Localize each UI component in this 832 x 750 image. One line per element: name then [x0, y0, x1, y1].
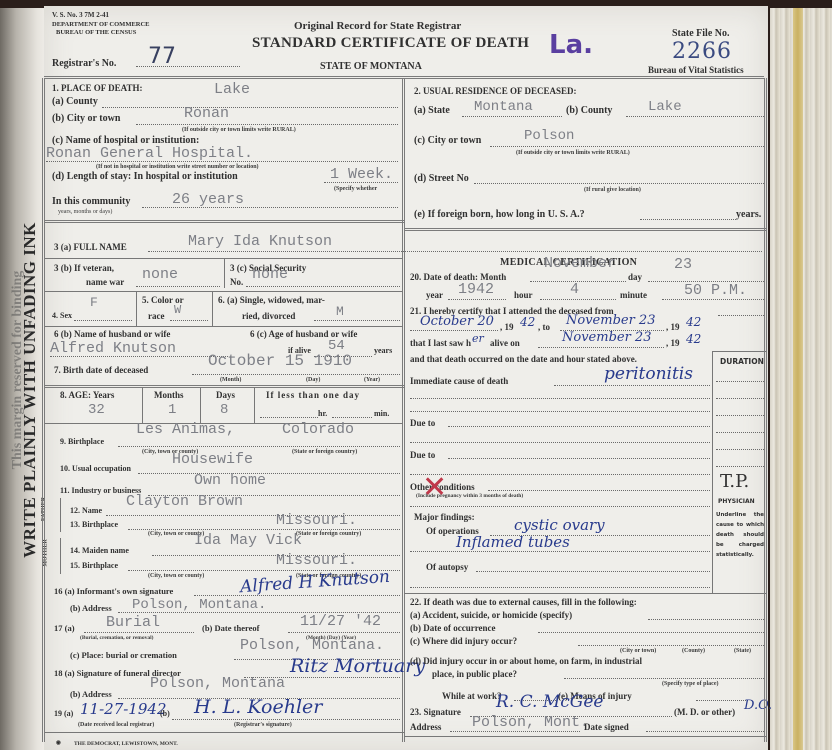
color-label2: race [148, 311, 164, 321]
disposition-label: 17 (a) [54, 623, 75, 633]
disposition-date-label: (b) Date thereof [202, 623, 259, 633]
age-less-label: If less than one day [266, 390, 360, 400]
attended-from-line [410, 330, 498, 331]
informant-signature-label: 16 (a) Informant's own signature [54, 586, 173, 596]
state-name: STATE OF MONTANA [320, 61, 422, 72]
mother-birth-note-city: (City, town or county) [148, 573, 204, 579]
marital-status: M [336, 304, 344, 319]
page-edge-tab [793, 8, 803, 750]
md-label: (M. D. or other) [674, 707, 735, 717]
last-saw-pronoun: er [472, 332, 484, 345]
sex-label: 4. Sex [52, 311, 72, 320]
external-c-label: (c) Where did injury occur? [410, 636, 517, 646]
street-note: (If rural give location) [584, 187, 641, 193]
age-div3 [254, 387, 255, 423]
registrar-signature-line [172, 719, 400, 720]
funeral-address-label: (b) Address [70, 689, 112, 699]
date-signed-label: Date signed [584, 722, 629, 732]
death-minute: 50 P.M. [684, 282, 747, 299]
disposition-place: Polson, Montana. [240, 637, 384, 654]
autopsy-line [476, 571, 710, 572]
external-c-note-city: (City or town) [620, 648, 656, 654]
immediate-cause-label: Immediate cause of death [410, 376, 508, 386]
sex-divider [136, 292, 137, 326]
registrar-no: 77 [148, 44, 176, 69]
duration-line-3 [716, 415, 764, 416]
hospital-line [46, 161, 398, 162]
due-to-2-line [448, 458, 710, 459]
death-day: 23 [674, 256, 692, 273]
date-signed-line [646, 731, 764, 732]
duration-line-2 [716, 398, 764, 399]
residence-city-label: (c) City or town [414, 135, 481, 146]
birthplace-line [118, 446, 400, 447]
cause-line-7 [410, 474, 710, 475]
section2-rule [404, 228, 766, 231]
duration-label: DURATION [720, 357, 764, 366]
department: DEPARTMENT OF COMMERCE [52, 21, 150, 28]
state-file-no: 2266 [672, 39, 732, 64]
color-race: W [174, 303, 181, 317]
father-name: Clayton Brown [126, 493, 243, 510]
cause-line-3 [410, 411, 710, 412]
other-conditions-line [488, 490, 710, 491]
attended-from: October 20 [420, 314, 494, 329]
color-divider [212, 292, 213, 326]
external-d-line [564, 678, 764, 679]
spouse-label: 6 (b) Name of husband or wife [54, 329, 170, 339]
age-years: 32 [88, 402, 105, 418]
residence-state-label: (a) State [414, 105, 450, 116]
death-city-label: (b) City or town [52, 113, 120, 124]
foreign-line [640, 219, 736, 220]
certifier-rule [404, 736, 766, 737]
major-findings-label: Major findings: [414, 512, 475, 522]
residence-county-label: (b) County [566, 105, 612, 116]
birth-date-line [192, 374, 400, 375]
registrar-no-label: Registrar's No. [52, 58, 116, 69]
duration-line-1 [716, 381, 764, 382]
duration-line-5 [716, 449, 764, 450]
death-year-label: year [426, 290, 443, 300]
immediate-cause: peritonitis [604, 364, 693, 384]
last-saw-year: 42 [686, 332, 701, 346]
certifier-signature: R. C. McGee [496, 692, 603, 712]
death-day-label: day [628, 272, 642, 282]
age-div1 [142, 387, 143, 423]
disposition-date-line [288, 632, 400, 633]
sex: F [90, 295, 98, 310]
birthplace-state: Colorado [282, 421, 354, 438]
funeral-director-signature: Ritz Mortuary [290, 655, 425, 677]
sex-line [74, 320, 132, 321]
mother-birthplace: Missouri. [276, 552, 357, 569]
while-at-work-label: While at work? [442, 691, 502, 701]
community-line [142, 207, 398, 208]
attended-from-19: , 19 [500, 322, 514, 332]
unfading-ink-instruction: WRITE PLAINLY WITH UNFADING INK [20, 50, 40, 730]
disposition-method-note: (Burial, cremation, or removal) [80, 635, 153, 641]
attended-to-label: , to [538, 322, 550, 332]
informant-signature-line [194, 595, 400, 596]
veteran-line [136, 286, 220, 287]
last-saw-alive-on: alive on [490, 338, 520, 348]
full-name-label: 3 (a) FULL NAME [54, 242, 127, 252]
printer-imprint: THE DEMOCRAT, LEWISTOWN, MONT. [74, 741, 178, 747]
father-birth-note-state: (State or foreign country) [296, 531, 361, 537]
street-line [474, 183, 764, 184]
age-years-label: 8. AGE: Years [60, 390, 114, 400]
column-divider [402, 78, 405, 742]
attended-from-year: 42 [520, 315, 535, 329]
birth-date-label: 7. Birth date of deceased [54, 365, 148, 375]
age-min-line [332, 417, 372, 418]
informant-address-label: (b) Address [70, 603, 112, 613]
union-label-icon: ◉ [56, 740, 61, 746]
footer-rule [44, 732, 404, 733]
death-city-line [136, 124, 398, 125]
attended-to: November 23 [566, 313, 655, 328]
attended-to-19: , 19 [666, 322, 680, 332]
death-city-note: (If outside city or town limits write RU… [182, 127, 296, 133]
md-value: D.O. [744, 698, 772, 713]
external-d-note: (Specify type of place) [662, 681, 719, 687]
death-certificate-page: V. S. No. 3 7M 2-41 DEPARTMENT OF COMMER… [44, 6, 768, 750]
age-hr-line [260, 417, 318, 418]
community-label: In this community [52, 196, 130, 207]
autopsy-label: Of autopsy [426, 562, 468, 572]
bureau-vital: Bureau of Vital Statistics [648, 65, 744, 75]
age-days-label: Days [216, 390, 235, 400]
full-name-line [148, 251, 762, 252]
left-border [42, 78, 45, 742]
due-to-1-line [448, 426, 710, 427]
last-saw-line [538, 347, 664, 348]
foreign-years: years. [736, 209, 761, 220]
county-stamp: La. [549, 30, 593, 60]
birthplace-label: 9. Birthplace [60, 437, 104, 446]
industry: Own home [194, 472, 266, 489]
death-month: November [544, 255, 616, 272]
certifier-address-label: Address [410, 722, 441, 732]
residence-county: Lake [648, 99, 682, 115]
external-c-note-county: (County) [682, 648, 705, 654]
certify-line [718, 315, 764, 316]
age-hr-label: hr. [318, 409, 327, 418]
death-hour: 4 [570, 281, 579, 298]
external-d-label-2: place, in public place? [432, 669, 517, 679]
operations-finding-2: Inflamed tubes [456, 533, 570, 551]
residence-state: Montana [474, 99, 533, 115]
registrar-signature-note: (Registrar's signature) [234, 722, 292, 728]
disposition-method: Burial [106, 614, 160, 631]
veteran-divider [224, 258, 225, 288]
stay-label: (d) Length of stay: In hospital or insti… [52, 171, 238, 182]
bureau: BUREAU OF THE CENSUS [56, 29, 136, 36]
marital-label2: ried, divorced [242, 311, 295, 321]
birth-rule [44, 385, 404, 388]
mother-name-label: 14. Maiden name [70, 546, 129, 555]
duration-top [712, 351, 766, 352]
autopsy-line-2 [410, 587, 710, 588]
community-length: 26 years [172, 191, 244, 208]
duration-line-6 [716, 466, 764, 467]
informant-address: Polson, Montana. [132, 597, 266, 613]
birth-note-day: (Day) [306, 377, 320, 383]
birthplace-city: Les Animas, [136, 421, 235, 438]
underline-note: Underline the cause to which death shoul… [716, 510, 764, 560]
father-birthplace: Missouri. [276, 512, 357, 529]
certifier-address: Polson, Mont. [472, 714, 589, 731]
certificate-title: STANDARD CERTIFICATE OF DEATH [252, 35, 529, 52]
death-hour-line [540, 299, 616, 300]
veteran-label2: name war [86, 277, 124, 287]
means-line [696, 700, 748, 701]
physician-label: PHYSICIAN [718, 498, 755, 505]
ssn-line [246, 286, 400, 287]
spouse-age-years: years [374, 346, 392, 355]
certifier-signature-label: 23. Signature [410, 707, 461, 717]
last-saw-label: that I last saw h [410, 338, 471, 348]
death-hour-label: hour [514, 290, 533, 300]
veteran-label: 3 (b) If veteran, [54, 263, 114, 273]
medical-rule [404, 593, 766, 594]
death-minute-line [662, 299, 764, 300]
father-name-label: 12. Name [70, 506, 102, 515]
external-b-label: (b) Date of occurrence [410, 623, 496, 633]
top-note: Original Record for State Registrar [294, 20, 461, 32]
operations-finding: cystic ovary [514, 516, 605, 534]
cause-line-2 [410, 398, 710, 399]
marital-line [314, 320, 400, 321]
street-label: (d) Street No [414, 173, 469, 184]
residence-heading: 2. USUAL RESIDENCE OF DECEASED: [414, 86, 576, 96]
death-county-line [102, 107, 398, 108]
date-received: 11-27-1942 [80, 700, 166, 718]
form-code: V. S. No. 3 7M 2-41 [52, 11, 109, 19]
hospital-name: Ronan General Hospital. [46, 145, 253, 162]
mother-maiden-name: Ida May Vick [194, 532, 302, 549]
occupation-line [138, 473, 400, 474]
date-received-note: (Date received local registrar) [78, 722, 154, 728]
last-saw-19: , 19 [666, 338, 680, 348]
external-heading: 22. If death was due to external causes,… [410, 597, 637, 607]
ssn: none [252, 266, 288, 283]
last-saw-date: November 23 [562, 330, 651, 345]
foreign-label: (e) If foreign born, how long in U. S. A… [414, 209, 585, 220]
sex-rule [44, 326, 403, 327]
physician-mark: T.P. [720, 471, 749, 492]
external-a-label: (a) Accident, suicide, or homicide (spec… [410, 610, 572, 620]
death-year-line [448, 299, 506, 300]
cause-line-5 [410, 442, 710, 443]
informant-signature: Alfred H Knutson [239, 567, 390, 597]
father-bracket [60, 498, 61, 532]
duration-divider [712, 351, 713, 593]
community-note: years, months or days) [58, 209, 112, 215]
spouse-name: Alfred Knutson [50, 340, 176, 357]
veteran-war: none [142, 266, 178, 283]
veteran-rule [44, 291, 403, 292]
registrar-signature: H. L. Koehler [194, 696, 322, 718]
birth-note-month: (Month) [220, 377, 241, 383]
external-a-line [648, 619, 764, 620]
cause-line-9 [410, 506, 710, 507]
mother-bracket [60, 538, 61, 574]
death-minute-label: minute [620, 290, 647, 300]
stay-length: 1 Week. [330, 166, 393, 183]
death-county-label: (a) County [52, 96, 98, 107]
color-line [170, 320, 208, 321]
residence-state-line [462, 116, 562, 117]
red-x-mark: ✕ [422, 470, 447, 505]
stay-line [324, 182, 398, 183]
duration-line-4 [716, 432, 764, 433]
operations-line-2 [410, 551, 710, 552]
state-file-label: State File No. [672, 28, 730, 39]
external-d-label: (d) Did injury occur in or about home, o… [410, 656, 642, 666]
disposition-place-label: (c) Place: burial or cremation [70, 650, 177, 660]
residence-city-line [490, 146, 764, 147]
attended-to-year: 42 [686, 315, 701, 329]
residence-city: Polson [524, 128, 574, 144]
due-to-2-label: Due to [410, 450, 435, 460]
full-name: Mary Ida Knutson [188, 233, 332, 250]
death-county: Lake [214, 81, 250, 98]
immediate-cause-line [554, 385, 710, 386]
ssn-label2: No. [230, 277, 243, 287]
specify-note: (Specify whether [334, 186, 377, 192]
external-c-line [578, 645, 764, 646]
external-c-note-state: (State) [734, 648, 751, 654]
birthplace-note-state: (State or foreign country) [292, 449, 357, 455]
registrar-label-a: 19 (a) [54, 709, 73, 718]
age-min-label: min. [374, 409, 389, 418]
occupation-label: 10. Usual occupation [60, 464, 131, 473]
mother-birth-label: 15. Birthplace [70, 561, 118, 570]
certifier-address-line [450, 731, 580, 732]
section1-rule [44, 220, 404, 223]
age-div2 [200, 387, 201, 423]
right-border [764, 78, 767, 742]
age-days: 8 [220, 402, 228, 418]
father-birth-line [128, 529, 400, 530]
residence-county-line [626, 116, 764, 117]
death-city: Ronan [184, 105, 229, 122]
funeral-address: Polson, Montana [150, 675, 285, 692]
birth-note-year: (Year) [364, 377, 380, 383]
hospital-note: (If not in hospital or institution write… [96, 164, 259, 170]
due-to-1-label: Due to [410, 418, 435, 428]
place-of-death-heading: 1. PLACE OF DEATH: [52, 83, 143, 93]
disposition-method-line [84, 632, 194, 633]
external-b-line [538, 632, 764, 633]
death-year: 1942 [458, 281, 494, 298]
disposition-date: 11/27 '42 [300, 613, 381, 630]
registrar-label-b: (b) [160, 709, 170, 718]
age-months: 1 [168, 402, 176, 418]
spouse-line [50, 356, 228, 357]
age-months-label: Months [154, 390, 184, 400]
father-birth-label: 13. Birthplace [70, 520, 118, 529]
residence-city-note: (If outside city or town limits write RU… [516, 150, 630, 156]
occupation: Housewife [172, 451, 253, 468]
birth-date: October 15 1910 [208, 352, 352, 370]
marital-label: 6. (a) Single, widowed, mar- [218, 295, 325, 305]
